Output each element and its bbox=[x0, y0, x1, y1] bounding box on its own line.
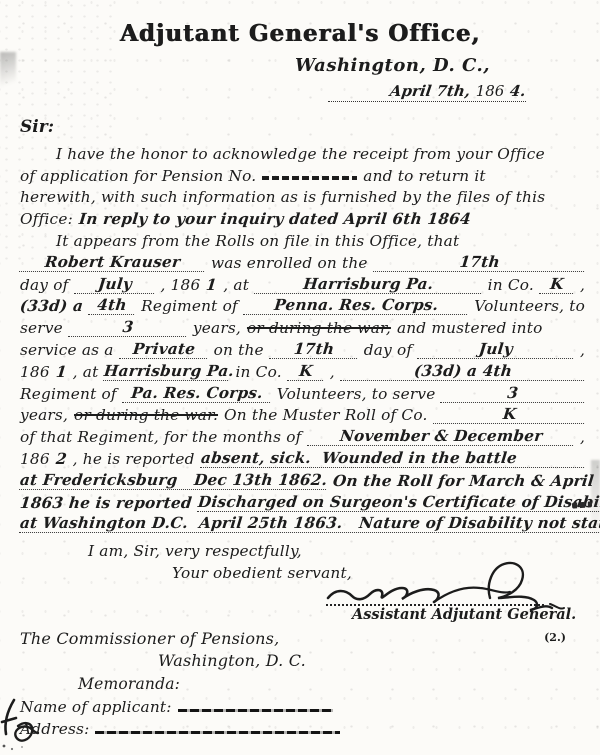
form-line: herewith, with such information as is fu… bbox=[20, 185, 585, 207]
ink-smudge bbox=[0, 52, 16, 98]
printed-text: I have the honor to acknowledge the rece… bbox=[56, 145, 545, 163]
handwritten-text-underlined: Discharged on Surgeon's Certificate of D… bbox=[197, 493, 600, 512]
handwritten-text: 2 bbox=[55, 450, 68, 468]
letterhead-title: Adjutant General's Office, bbox=[0, 20, 600, 47]
salutation: Sir: bbox=[20, 117, 600, 137]
form-line: of application for Pension No.and to ret… bbox=[20, 163, 585, 185]
printed-text: , bbox=[580, 276, 585, 294]
printed-text: , at bbox=[73, 363, 99, 381]
form-line: 1862, he is reportedabsent, sick. Wounde… bbox=[20, 446, 585, 468]
form-line: I am, Sir, very respectfully, bbox=[20, 538, 585, 560]
handwritten-date: April 7th, bbox=[388, 82, 471, 100]
form-line: Address: bbox=[20, 716, 585, 738]
printed-text: Volunteers, to bbox=[474, 297, 585, 315]
handwritten-text-underlined: at Fredericksburg Dec 13th 1862. bbox=[19, 471, 328, 490]
printed-year-prefix: 186 bbox=[476, 82, 505, 100]
handwritten-text: 1 bbox=[205, 276, 218, 294]
printed-text: in Co. bbox=[488, 276, 534, 294]
handwritten-text: 1 bbox=[55, 363, 68, 381]
filled-blank-field: Private bbox=[119, 340, 209, 359]
form-line: (33d) a4thRegiment ofPenna. Res. Corps.V… bbox=[20, 294, 585, 316]
form-line: at Washington D.C. April 25th 1863. Natu… bbox=[20, 512, 585, 534]
filled-blank-field: Penna. Res. Corps. bbox=[243, 296, 469, 315]
printed-text: , 186 bbox=[161, 276, 201, 294]
signature-block bbox=[322, 558, 572, 616]
printed-text: herewith, with such information as is fu… bbox=[20, 188, 545, 206]
filled-blank-field: July bbox=[74, 275, 156, 294]
printed-text: day of bbox=[20, 276, 69, 294]
printed-text: years, bbox=[193, 319, 241, 337]
filled-blank-field: Harrisburg Pa. bbox=[254, 275, 483, 294]
filled-blank-field: July bbox=[417, 340, 575, 359]
letter-body: I have the honor to acknowledge the rece… bbox=[0, 141, 600, 582]
printed-text: Name of applicant: bbox=[20, 698, 172, 716]
printed-text: The Commissioner of Pensions, bbox=[20, 629, 279, 648]
printed-text: and mustered into bbox=[397, 319, 543, 337]
struck-printed-text: or during the war, bbox=[247, 319, 391, 337]
form-line: Regiment ofPa. Res. Corps.Volunteers, to… bbox=[20, 381, 585, 403]
signature-rule bbox=[326, 604, 544, 606]
form-line: The Commissioner of Pensions, bbox=[20, 626, 585, 648]
filled-blank-field: Pa. Res. Corps. bbox=[122, 384, 272, 403]
filled-blank-field: 3 bbox=[68, 318, 188, 337]
letter-footer: The Commissioner of Pensions,Washington,… bbox=[0, 626, 600, 738]
scanned-letter-page: Adjutant General's Office, Washington, D… bbox=[0, 0, 600, 755]
form-line: years,or during the war.On the Muster Ro… bbox=[20, 403, 585, 425]
printed-text: On the Muster Roll of Co. bbox=[224, 406, 428, 424]
printed-text: years, bbox=[20, 406, 68, 424]
struck-printed-text: or during the war. bbox=[74, 406, 218, 424]
printed-text: Regiment of bbox=[141, 297, 238, 315]
printed-text: of that Regiment, for the months of bbox=[20, 428, 302, 446]
filled-blank-field: November & December bbox=[307, 427, 575, 446]
printed-text: Volunteers, to serve bbox=[277, 385, 436, 403]
fill-in-rule bbox=[95, 731, 340, 734]
printed-text: 186 bbox=[20, 363, 50, 381]
form-line: Memoranda: bbox=[20, 672, 585, 694]
printed-text: in Co. bbox=[235, 363, 281, 381]
printed-text: , bbox=[580, 341, 585, 359]
printed-text: , bbox=[330, 363, 335, 381]
form-line: Robert Krauserwas enrolled on the17th bbox=[20, 250, 585, 272]
handwritten-text: In reply to your inquiry dated April 6th… bbox=[78, 210, 472, 228]
handwritten-year-digit: 4. bbox=[509, 82, 527, 100]
form-line: at Fredericksburg Dec 13th 1862.On the R… bbox=[20, 468, 585, 490]
form-line: Washington, D. C. bbox=[20, 648, 585, 670]
printed-text: Regiment of bbox=[20, 385, 117, 403]
scribbled-out-blank bbox=[262, 176, 357, 180]
form-line: day ofJuly, 1861, atHarrisburg Pa.in Co.… bbox=[20, 272, 585, 294]
printed-text: Office: bbox=[20, 210, 73, 228]
filled-blank-field: Harrisburg Pa. bbox=[103, 362, 230, 381]
form-line: Office:In reply to your inquiry dated Ap… bbox=[20, 206, 585, 228]
filled-blank-field: 17th bbox=[269, 340, 359, 359]
form-line: It appears from the Rolls on file in thi… bbox=[20, 228, 585, 250]
handwritten-text-underlined: absent, sick. Wounded in the battle bbox=[200, 449, 586, 468]
form-line: Name of applicant: bbox=[20, 694, 585, 716]
printed-text: , he is reported bbox=[73, 450, 195, 468]
printed-text: It appears from the Rolls on file in thi… bbox=[56, 232, 459, 250]
printed-text: , at bbox=[223, 276, 249, 294]
filled-blank-field: K bbox=[539, 275, 575, 294]
form-page-number: (2.) bbox=[544, 631, 566, 644]
form-line: I have the honor to acknowledge the rece… bbox=[20, 141, 585, 163]
printed-text: 186 bbox=[20, 450, 50, 468]
fill-in-rule bbox=[178, 709, 333, 712]
filled-blank-field: (33d) a 4th bbox=[340, 362, 586, 381]
signature bbox=[322, 558, 572, 616]
filled-blank-field: 4th bbox=[88, 296, 136, 315]
printed-text: , bbox=[580, 428, 585, 446]
form-line: 1861, atHarrisburg Pa.in Co.K,(33d) a 4t… bbox=[20, 359, 585, 381]
form-line: serve3years,or during the war,and muster… bbox=[20, 315, 585, 337]
handwritten-text: (33d) a bbox=[19, 297, 84, 315]
printed-text: of application for Pension No. bbox=[20, 167, 256, 185]
printed-text: I am, Sir, very respectfully, bbox=[88, 542, 302, 560]
handwritten-text: 1863 he is reported bbox=[19, 494, 193, 512]
printed-text: day of bbox=[364, 341, 413, 359]
form-line: 1863 he is reportedDischarged on Surgeon… bbox=[20, 490, 585, 512]
filled-blank-field: 3 bbox=[440, 384, 586, 403]
letterhead-place: Washington, D. C., bbox=[295, 55, 600, 76]
printed-text: was enrolled on the bbox=[211, 254, 368, 272]
filled-blank-field: 17th bbox=[373, 253, 586, 272]
printed-text: Washington, D. C. bbox=[158, 651, 306, 670]
filled-blank-field: K bbox=[433, 405, 586, 424]
handwritten-corner-mark bbox=[0, 698, 40, 752]
printed-text: serve bbox=[20, 319, 63, 337]
date-line: April 7th, 186 4. bbox=[328, 82, 526, 102]
filled-blank-field: Robert Krauser bbox=[19, 253, 206, 272]
printed-text: on the bbox=[214, 341, 264, 359]
printed-text: service as a bbox=[20, 341, 114, 359]
filled-blank-field: K bbox=[287, 362, 325, 381]
handwritten-text: On the Roll for March & April bbox=[332, 472, 595, 490]
form-line: of that Regiment, for the months ofNovem… bbox=[20, 424, 585, 446]
form-line: service as aPrivateon the17thday ofJuly, bbox=[20, 337, 585, 359]
handwritten-text-underlined: at Washington D.C. April 25th 1863. Natu… bbox=[19, 514, 600, 533]
printed-text: and to return it bbox=[363, 167, 485, 185]
printed-text: Memoranda: bbox=[78, 675, 180, 693]
